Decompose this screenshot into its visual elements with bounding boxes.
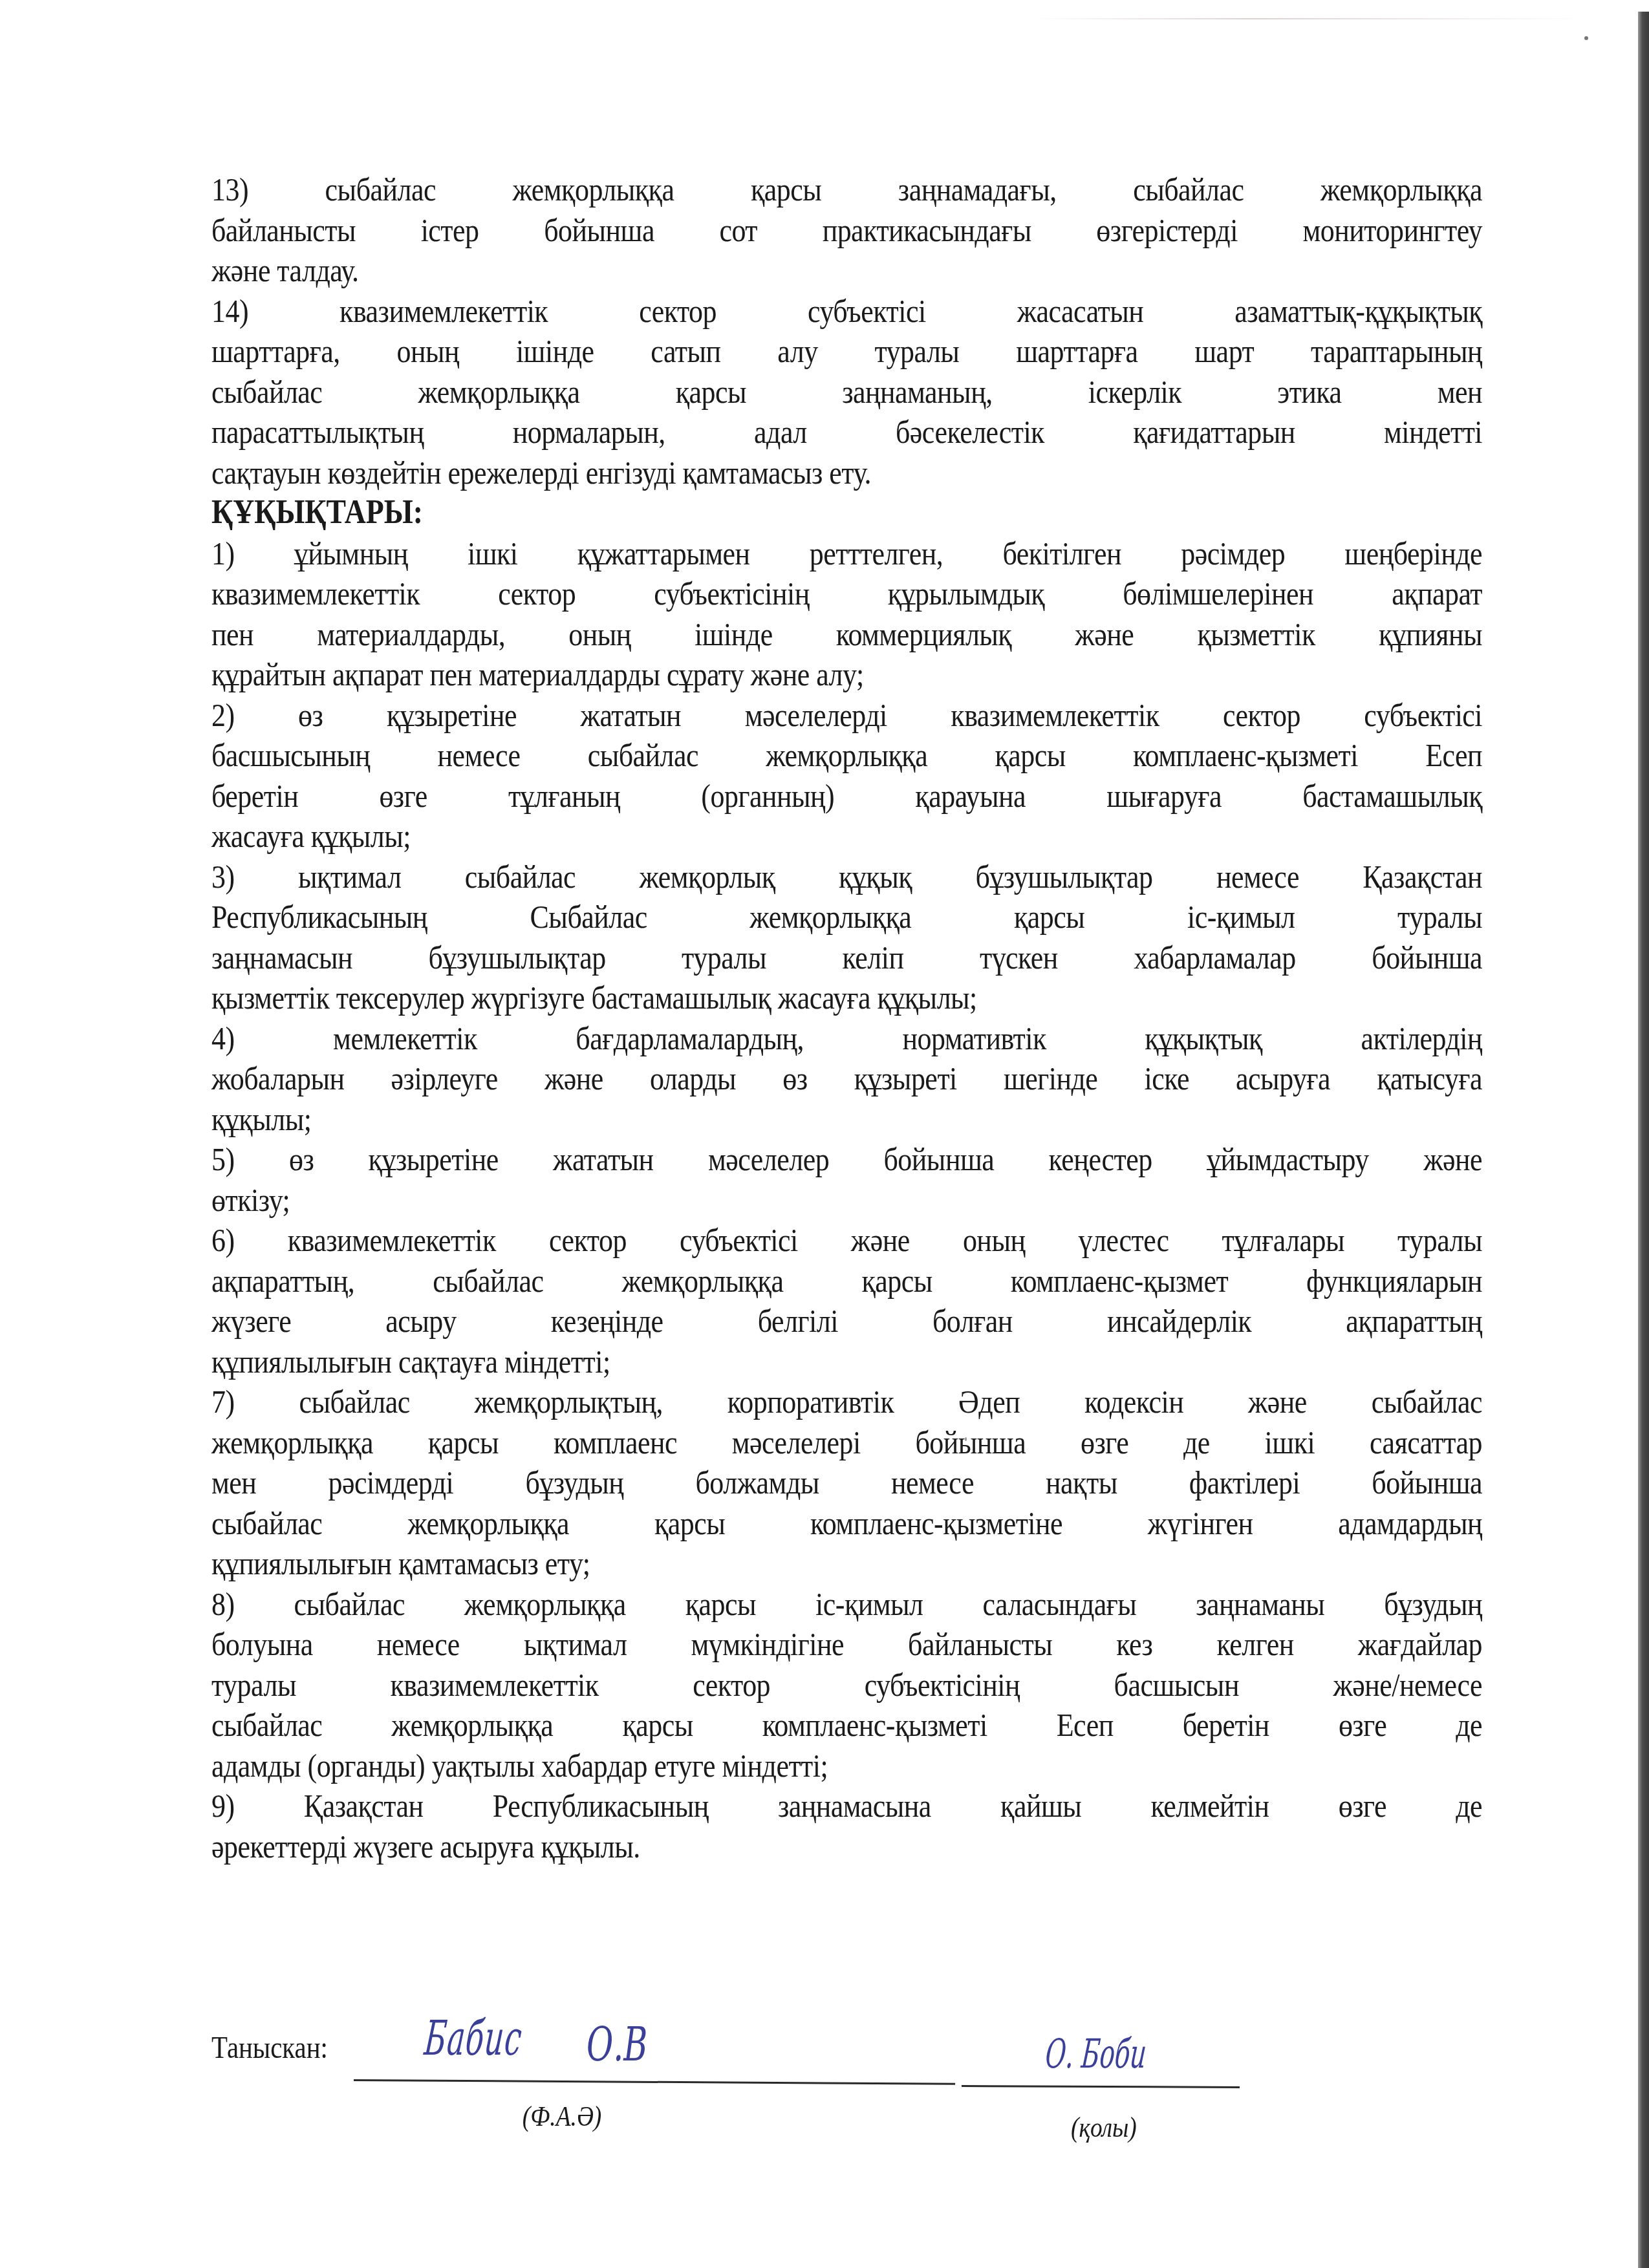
text-line: басшысының немесе сыбайлас жемқорлыққа қ… [211, 735, 1482, 776]
text-line: адамды (органды) уақтылы хабардар етуге … [211, 1746, 1482, 1786]
right-5: 5) өз құзыретіне жататын мәселелер бойын… [211, 1139, 1482, 1220]
text-line: құрайтын ақпарат пен материалдарды сұрат… [211, 654, 1482, 695]
text-line: 3) ықтимал сыбайлас жемқорлық құқық бұзу… [211, 857, 1482, 897]
right-8: 8) сыбайлас жемқорлыққа қарсы іс-қимыл с… [211, 1584, 1482, 1786]
document-page: 13) сыбайлас жемқорлыққа қарсы заңнамада… [211, 169, 1482, 1867]
text-line: мен рәсімдерді бұзудың болжамды немесе н… [211, 1462, 1482, 1503]
text-line: 5) өз құзыретіне жататын мәселелер бойын… [211, 1139, 1482, 1180]
handwritten-signature: О. Бобu [1044, 2030, 1148, 2077]
text-line: 8) сыбайлас жемқорлыққа қарсы іс-қимыл с… [211, 1584, 1482, 1625]
text-line: туралы квазимемлекеттік сектор субъектіс… [211, 1665, 1482, 1706]
text-line: қызметтік тексерулер жүргізуге бастамашы… [211, 978, 1482, 1018]
signature-block: Таныскан: Бабиc О.В О. Бобu (Ф.А.Ә) (қол… [211, 2017, 1311, 2146]
text-line: әрекеттерді жүзеге асыруға құқылы. [211, 1826, 1482, 1867]
name-caption: (Ф.А.Ә) [523, 2100, 602, 2133]
text-line: сыбайлас жемқорлыққа қарсы комплаенс-қыз… [211, 1705, 1482, 1746]
handwritten-surname: Бабиc [422, 2011, 524, 2066]
acknowledged-label: Таныскан: [211, 2030, 328, 2066]
text-line: Республикасының Сыбайлас жемқорлыққа қар… [211, 897, 1482, 937]
text-line: жасауға құқылы; [211, 816, 1482, 857]
text-line: 14) квазимемлекеттік сектор субъектісі ж… [211, 291, 1482, 332]
duty-14: 14) квазимемлекеттік сектор субъектісі ж… [211, 291, 1482, 493]
scan-speck [1584, 36, 1588, 40]
duties-continued: 13) сыбайлас жемқорлыққа қарсы заңнамада… [211, 169, 1482, 493]
text-line: сақтауын көздейтін ережелерді енгізуді қ… [211, 453, 1482, 493]
text-line: 2) өз құзыретіне жататын мәселелерді ква… [211, 695, 1482, 736]
text-line: өткізу; [211, 1180, 1482, 1221]
rights-list: 1) ұйымның ішкі құжаттарымен ретттелген,… [211, 533, 1482, 1867]
right-1: 1) ұйымның ішкі құжаттарымен ретттелген,… [211, 533, 1482, 695]
signature-caption: (қолы) [1071, 2111, 1137, 2144]
right-4: 4) мемлекеттік бағдарламалардың, нормати… [211, 1018, 1482, 1140]
text-line: 13) сыбайлас жемқорлыққа қарсы заңнамада… [211, 169, 1482, 210]
text-line: болуына немесе ықтимал мүмкіндігіне байл… [211, 1624, 1482, 1665]
text-line: құпиялылығын қамтамасыз ету; [211, 1543, 1482, 1584]
text-line: заңнамасын бұзушылықтар туралы келіп түс… [211, 937, 1482, 978]
text-line: беретін өзге тұлғаның (органның) қарауын… [211, 776, 1482, 817]
handwritten-initials: О.В [587, 2017, 647, 2071]
text-line: жобаларын әзірлеуге және оларды өз құзыр… [211, 1058, 1482, 1099]
text-line: жемқорлыққа қарсы комплаенс мәселелері б… [211, 1422, 1482, 1463]
text-line: пен материалдарды, оның ішінде коммерция… [211, 614, 1482, 655]
text-line: ақпараттың, сыбайлас жемқорлыққа қарсы к… [211, 1261, 1482, 1301]
text-line: парасаттылықтың нормаларын, адал бәсекел… [211, 412, 1482, 453]
right-3: 3) ықтимал сыбайлас жемқорлық құқық бұзу… [211, 857, 1482, 1018]
text-line: шарттарға, оның ішінде сатып алу туралы … [211, 331, 1482, 372]
right-7: 7) сыбайлас жемқорлықтың, корпоративтік … [211, 1382, 1482, 1584]
text-line: құпиялылығын сақтауға міндетті; [211, 1342, 1482, 1382]
duty-13: 13) сыбайлас жемқорлыққа қарсы заңнамада… [211, 169, 1482, 291]
text-line: жүзеге асыру кезеңінде белгілі болған ин… [211, 1301, 1482, 1342]
text-line: квазимемлекеттік сектор субъектісінің құ… [211, 573, 1482, 614]
section-heading-rights: ҚҰҚЫҚТАРЫ: [211, 493, 1330, 533]
text-line: байланысты істер бойынша сот практикасын… [211, 210, 1482, 251]
signature-underline [962, 2085, 1240, 2088]
text-line: және талдау. [211, 250, 1482, 291]
text-line: 1) ұйымның ішкі құжаттарымен ретттелген,… [211, 533, 1482, 574]
right-6: 6) квазимемлекеттік сектор субъектісі жә… [211, 1220, 1482, 1382]
text-line: 4) мемлекеттік бағдарламалардың, нормати… [211, 1018, 1482, 1059]
right-9: 9) Қазақстан Республикасының заңнамасына… [211, 1786, 1482, 1867]
scan-artifact-line [1035, 18, 1584, 19]
text-line: 6) квазимемлекеттік сектор субъектісі жә… [211, 1220, 1482, 1261]
name-underline [354, 2079, 955, 2085]
text-line: сыбайлас жемқорлыққа қарсы заңнаманың, і… [211, 372, 1482, 412]
text-line: 9) Қазақстан Республикасының заңнамасына… [211, 1786, 1482, 1826]
text-line: құқылы; [211, 1099, 1482, 1140]
right-2: 2) өз құзыретіне жататын мәселелерді ква… [211, 695, 1482, 857]
scan-edge-shadow [1638, 12, 1649, 2268]
text-line: сыбайлас жемқорлыққа қарсы комплаенс-қыз… [211, 1503, 1482, 1544]
text-line: 7) сыбайлас жемқорлықтың, корпоративтік … [211, 1382, 1482, 1422]
